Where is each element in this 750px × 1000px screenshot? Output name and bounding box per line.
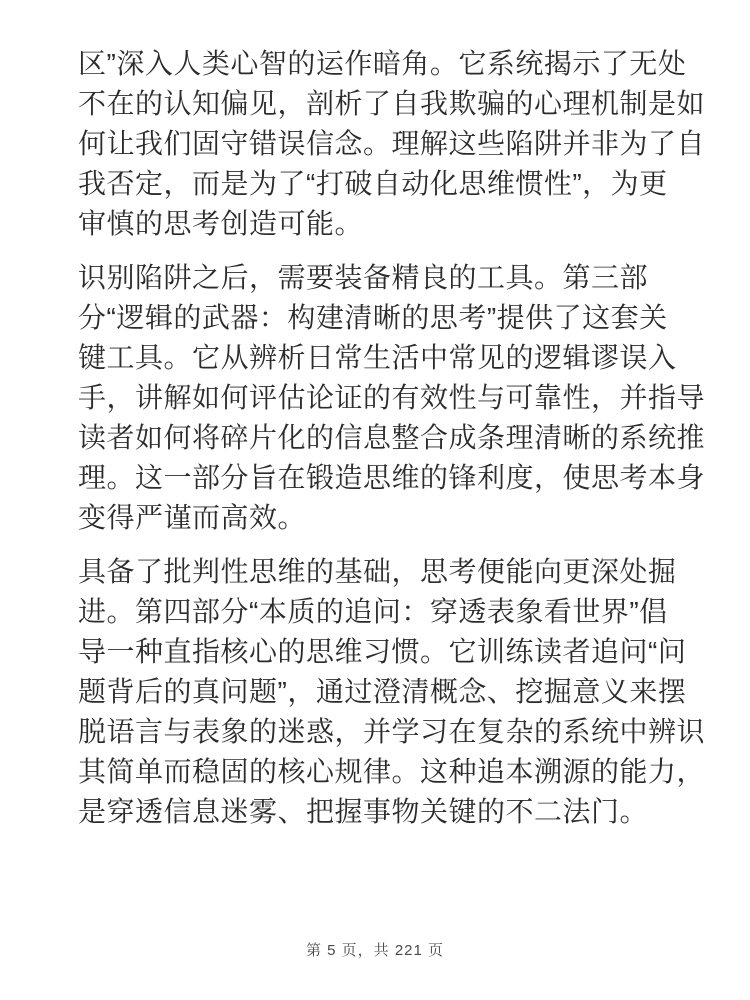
- text-line: 我否定，而是为了“打破自动化思维惯性”，为更: [78, 164, 682, 204]
- text-line: 区”深入人类心智的运作暗角。它系统揭示了无处: [78, 44, 682, 84]
- page-number-footer: 第 5 页，共 221 页: [0, 940, 750, 962]
- reader-window: { "page": { "background_color": "#ffffff…: [0, 0, 750, 1000]
- text-line: 识别陷阱之后，需要装备精良的工具。第三部: [78, 258, 682, 298]
- text-line: 导一种直指核心的思维习惯。它训练读者追问“问: [78, 632, 682, 672]
- text-line: 何让我们固守错误信念。理解这些陷阱并非为了自: [78, 124, 682, 164]
- text-line: 进。第四部分“本质的追问：穿透表象看世界”倡: [78, 592, 682, 632]
- text-line: 不在的认知偏见，剖析了自我欺骗的心理机制是如: [78, 84, 682, 124]
- text-line: 分“逻辑的武器：构建清晰的思考”提供了这套关: [78, 298, 682, 338]
- paragraph: 具备了批判性思维的基础，思考便能向更深处掘 进。第四部分“本质的追问：穿透表象看…: [78, 552, 682, 832]
- paragraph: 识别陷阱之后，需要装备精良的工具。第三部 分“逻辑的武器：构建清晰的思考”提供了…: [78, 258, 682, 538]
- page-number-label: 第 5 页，共 221 页: [306, 942, 444, 959]
- text-line: 是穿透信息迷雾、把握事物关键的不二法门。: [78, 792, 682, 832]
- document-page: 区”深入人类心智的运作暗角。它系统揭示了无处 不在的认知偏见，剖析了自我欺骗的心…: [0, 0, 750, 1000]
- text-line: 键工具。它从辨析日常生活中常见的逻辑谬误入: [78, 338, 682, 378]
- text-line: 手，讲解如何评估论证的有效性与可靠性，并指导: [78, 378, 682, 418]
- text-line: 具备了批判性思维的基础，思考便能向更深处掘: [78, 552, 682, 592]
- text-line: 理。这一部分旨在锻造思维的锋利度，使思考本身: [78, 458, 682, 498]
- text-line: 其简单而稳固的核心规律。这种追本溯源的能力，: [78, 752, 682, 792]
- text-line: 脱语言与表象的迷惑，并学习在复杂的系统中辨识: [78, 712, 682, 752]
- text-line: 读者如何将碎片化的信息整合成条理清晰的系统推: [78, 418, 682, 458]
- text-line: 审慎的思考创造可能。: [78, 204, 682, 244]
- text-line: 题背后的真问题”，通过澄清概念、挖掘意义来摆: [78, 672, 682, 712]
- text-line: 变得严谨而高效。: [78, 498, 682, 538]
- document-body-text: 区”深入人类心智的运作暗角。它系统揭示了无处 不在的认知偏见，剖析了自我欺骗的心…: [78, 44, 682, 846]
- paragraph: 区”深入人类心智的运作暗角。它系统揭示了无处 不在的认知偏见，剖析了自我欺骗的心…: [78, 44, 682, 244]
